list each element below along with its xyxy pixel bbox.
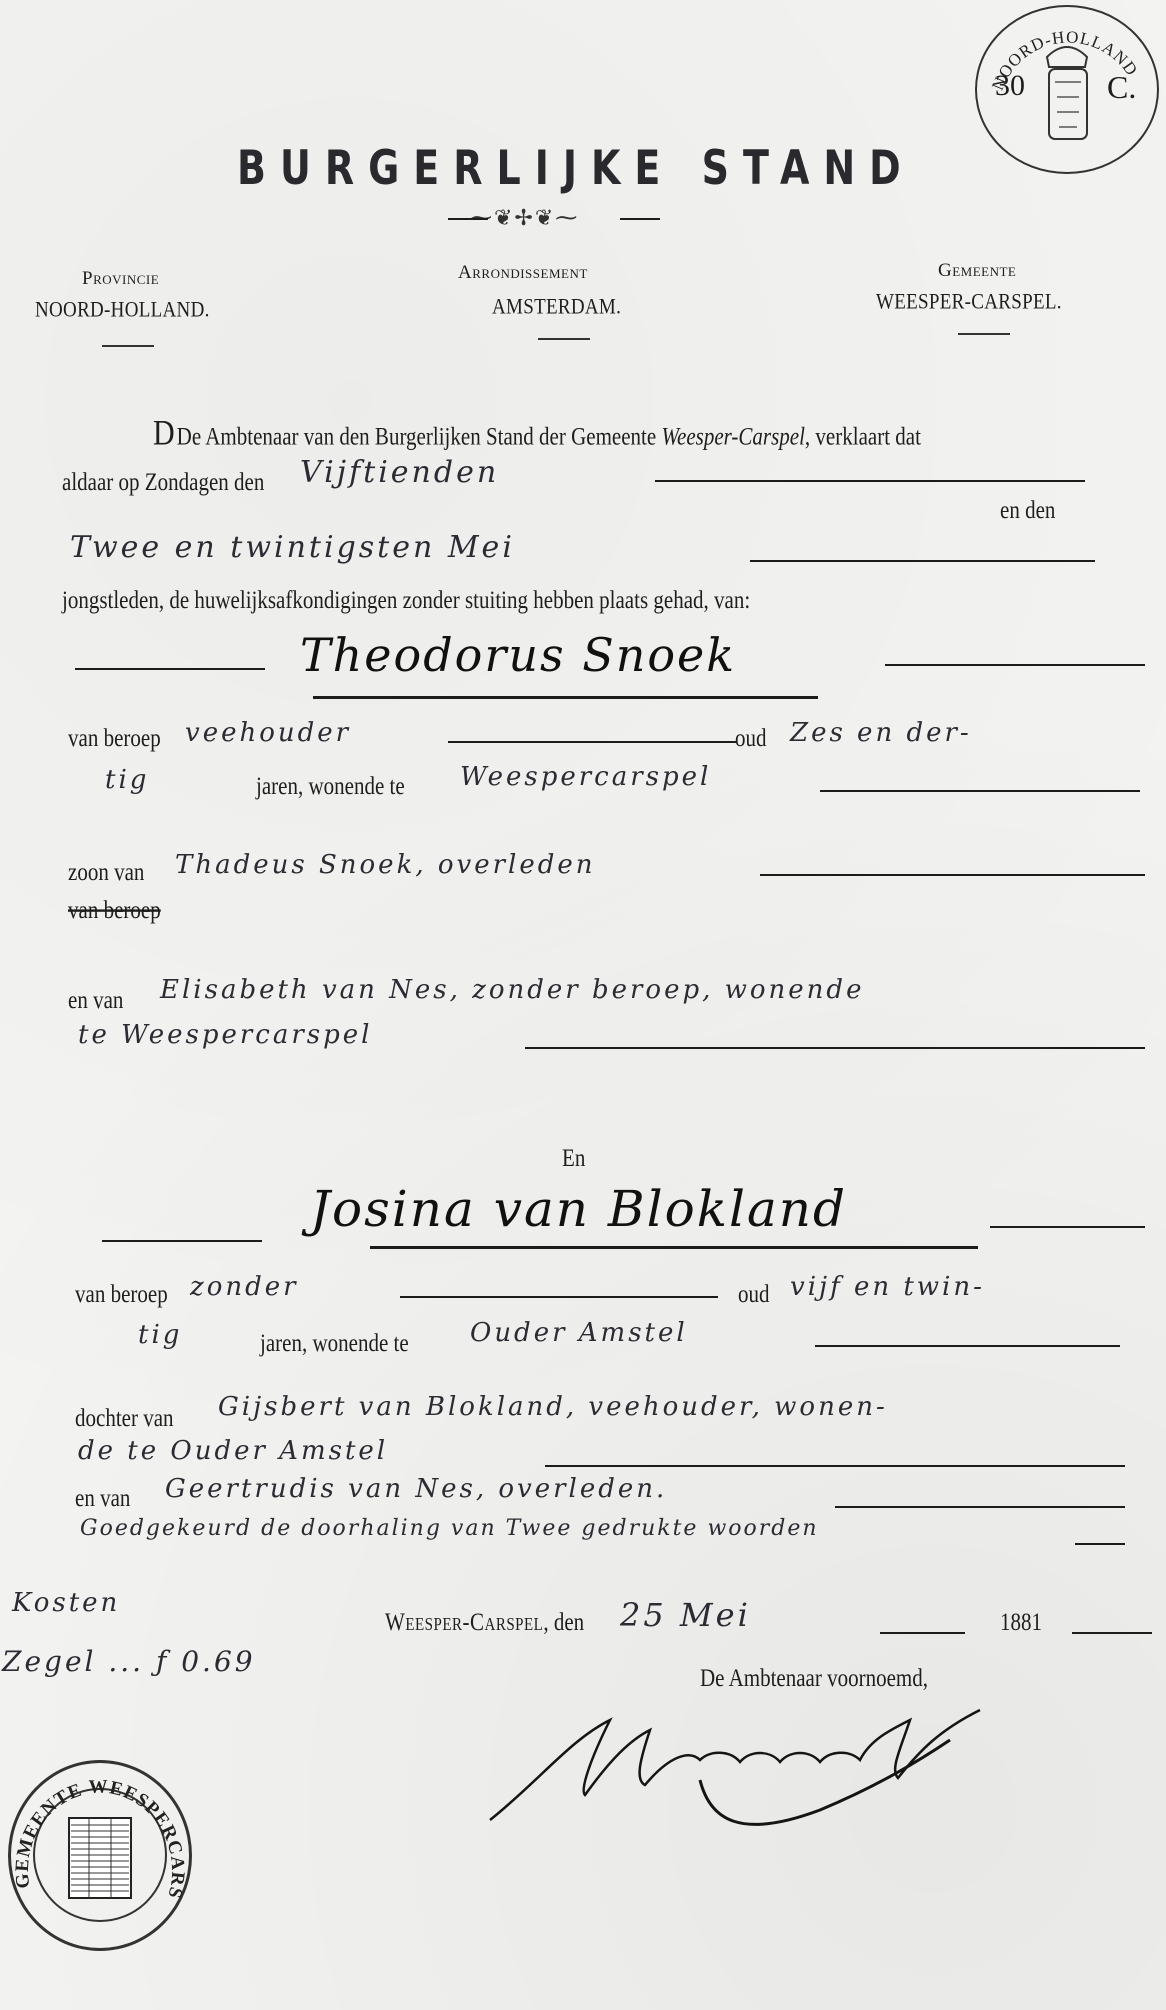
document-title: BURGERLIJKE STAND bbox=[237, 140, 915, 195]
bride-age-b: tig bbox=[138, 1320, 182, 1350]
fill-rule bbox=[760, 874, 1145, 876]
groom-mother: Elisabeth van Nes, zonder beroep, wonend… bbox=[160, 975, 864, 1005]
groom-beroep-label: van beroep bbox=[68, 723, 161, 753]
bride-beroep: zonder bbox=[190, 1272, 299, 1302]
fill-rule bbox=[750, 560, 1095, 562]
fill-rule bbox=[75, 668, 265, 670]
stamp-value-left: 30 bbox=[995, 69, 1025, 103]
first-sunday-hand: Vijftienden bbox=[300, 455, 499, 490]
fill-rule bbox=[990, 1226, 1145, 1228]
municipal-seal: GEMEENTE WEESPERCARSPEL bbox=[8, 1760, 192, 1951]
bride-jaren-label: jaren, wonende te bbox=[260, 1328, 409, 1358]
gemeente-value: WEESPER-CARSPEL. bbox=[876, 290, 1062, 315]
groom-father: Thadeus Snoek, overleden bbox=[175, 850, 596, 880]
provincie-value: NOORD-HOLLAND. bbox=[35, 298, 210, 323]
bride-age-a: vijf en twin- bbox=[790, 1272, 985, 1302]
groom-mother-b: te Weespercarspel bbox=[78, 1020, 372, 1050]
signature-text: W Mrmmk bbox=[480, 1700, 485, 1701]
fill-rule bbox=[820, 790, 1140, 792]
fill-rule bbox=[525, 1047, 1145, 1049]
kosten-label: Kosten bbox=[12, 1588, 120, 1618]
footer-place: Weesper-Carspel bbox=[385, 1607, 543, 1636]
groom-name: Theodorus Snoek bbox=[300, 628, 736, 682]
fill-rule bbox=[102, 1240, 262, 1242]
bride-beroep-label: van beroep bbox=[75, 1279, 168, 1309]
place-date-line: Weesper-Carspel, den bbox=[385, 1607, 584, 1637]
signature: W Mrmmk bbox=[480, 1700, 1000, 1850]
fill-rule bbox=[1075, 1543, 1125, 1545]
fill-rule bbox=[815, 1345, 1120, 1347]
groom-oud-label: oud bbox=[735, 723, 767, 753]
groom-age-a: Zes en der- bbox=[790, 718, 972, 748]
bride-name: Josina van Blokland bbox=[310, 1180, 847, 1238]
groom-woonplaats: Weespercarspel bbox=[460, 762, 711, 792]
fill-rule bbox=[885, 664, 1145, 666]
stamp-value-right: C. bbox=[1107, 69, 1136, 106]
footer-date-hand: 25 Mei bbox=[620, 1596, 751, 1634]
groom-jaren-label: jaren, wonende te bbox=[256, 771, 405, 801]
approval-note: Goedgekeurd de doorhaling van Twee gedru… bbox=[80, 1516, 819, 1541]
footer-year: 1881 bbox=[1000, 1607, 1042, 1637]
bride-oud-label: oud bbox=[738, 1279, 770, 1309]
ornament-rule-left bbox=[448, 218, 488, 220]
groom-beroep: veehouder bbox=[185, 718, 351, 748]
provincie-label: Provincie bbox=[82, 268, 159, 290]
gemeente-label: Gemeente bbox=[938, 260, 1016, 282]
second-sunday-hand: Twee en twintigsten Mei bbox=[70, 530, 515, 565]
en-van-label: en van bbox=[68, 985, 123, 1015]
fill-rule bbox=[448, 741, 736, 743]
bride-woonplaats: Ouder Amstel bbox=[470, 1318, 688, 1348]
tax-stamp: NOORD-HOLLAND 30 C. bbox=[975, 5, 1159, 174]
intro-text: De Ambtenaar van den Burgerlijken Stand … bbox=[177, 422, 657, 451]
name-underline bbox=[370, 1246, 978, 1249]
arrondissement-rule bbox=[538, 338, 590, 340]
ornament-rule-right bbox=[620, 218, 660, 220]
arrondissement-label: Arrondissement bbox=[458, 262, 588, 284]
groom-age-b: tig bbox=[105, 765, 149, 795]
sundays-label: aldaar op Zondagen den bbox=[62, 467, 264, 497]
banns-statement: jongstleden, de huwelijksafkondigingen z… bbox=[62, 585, 750, 615]
fill-rule bbox=[545, 1465, 1125, 1467]
footer-den-label: , den bbox=[543, 1607, 584, 1636]
arrondissement-value: AMSTERDAM. bbox=[492, 295, 621, 320]
civil-registry-document: NOORD-HOLLAND 30 C. BURGERLIJKE STAND ⁓❦… bbox=[0, 0, 1166, 2010]
official-title: De Ambtenaar voornoemd, bbox=[700, 1663, 928, 1693]
gemeente-rule bbox=[958, 333, 1010, 335]
bride-en-van-label: en van bbox=[75, 1483, 130, 1513]
father-beroep-label-struck: van beroep bbox=[68, 895, 161, 925]
en-connector: En bbox=[562, 1143, 585, 1173]
dochter-van-label: dochter van bbox=[75, 1403, 174, 1433]
name-underline bbox=[313, 696, 818, 699]
fill-rule bbox=[1072, 1632, 1152, 1634]
fill-rule bbox=[400, 1296, 718, 1298]
zegel-cost: Zegel ... ƒ 0.69 bbox=[2, 1645, 256, 1678]
provincie-rule bbox=[102, 345, 154, 347]
seal-shield-icon: GEMEENTE WEESPERCARSPEL bbox=[11, 1763, 189, 1948]
intro-gemeente: Weesper-Carspel bbox=[661, 422, 804, 451]
drop-cap: D bbox=[153, 413, 175, 453]
bride-father-b: de te Ouder Amstel bbox=[78, 1436, 388, 1466]
fill-rule bbox=[655, 480, 1085, 482]
zoon-van-label: zoon van bbox=[68, 857, 144, 887]
fill-rule bbox=[835, 1506, 1125, 1508]
intro-text-end: , verklaart dat bbox=[805, 422, 921, 451]
bride-father: Gijsbert van Blokland, veehouder, wonen- bbox=[218, 1392, 888, 1422]
intro-line: DDe Ambtenaar van den Burgerlijken Stand… bbox=[153, 413, 921, 454]
en-den-label: en den bbox=[1000, 495, 1055, 525]
bride-mother: Geertrudis van Nes, overleden. bbox=[165, 1474, 667, 1504]
fill-rule bbox=[880, 1632, 965, 1634]
